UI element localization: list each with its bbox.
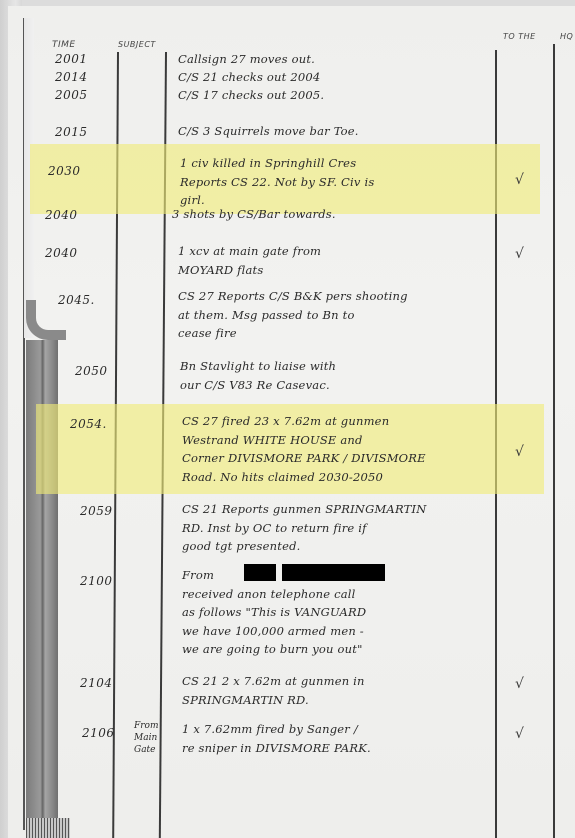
check-mark-icon: √ bbox=[515, 246, 524, 262]
entry-text-line: RD. Inst by OC to return fire if bbox=[182, 519, 367, 538]
entry-text-line: MOYARD flats bbox=[178, 261, 263, 280]
header-extra: HQ bbox=[560, 32, 573, 41]
entry-text-line: as follows "This is VANGUARD bbox=[182, 603, 366, 622]
entry-time: 2050 bbox=[75, 364, 108, 378]
entry-text-line: 3 shots by CS/Bar towards. bbox=[172, 205, 336, 224]
check-mark-icon: √ bbox=[515, 444, 524, 460]
entry-text-line: C/S 21 checks out 2004 bbox=[178, 68, 320, 87]
entry-text-line: Bn Stavlight to liaise with bbox=[180, 357, 336, 376]
entry-text-line: Westrand WHITE HOUSE and bbox=[182, 431, 363, 450]
header-time: TIME bbox=[52, 40, 76, 50]
entry-text-line: our C/S V83 Re Casevac. bbox=[180, 376, 330, 395]
entry-time: 2040 bbox=[45, 246, 78, 260]
entry-text-line: we are going to burn you out" bbox=[182, 640, 363, 659]
entry-text-line: at them. Msg passed to Bn to bbox=[178, 306, 355, 325]
entry-text-line: 1 xcv at main gate from bbox=[178, 242, 321, 261]
entry-time: 2100 bbox=[80, 574, 113, 588]
entry-text-line: re sniper in DIVISMORE PARK. bbox=[182, 739, 371, 758]
entry-time: 2005 bbox=[55, 88, 88, 102]
entry-text-line: CS 21 2 x 7.62m at gunmen in bbox=[182, 672, 365, 691]
entry-text-line: Reports CS 22. Not by SF. Civ is bbox=[180, 173, 374, 192]
check-mark-icon: √ bbox=[515, 726, 524, 742]
entry-text-line: good tgt presented. bbox=[182, 537, 301, 556]
entry-time: 2015 bbox=[55, 125, 88, 139]
entry-time: 2106 bbox=[82, 726, 115, 740]
entry-text-line: 1 civ killed in Springhill Cres bbox=[180, 154, 356, 173]
entry-text-line: CS 27 Reports C/S B&K pers shooting bbox=[178, 287, 408, 306]
entry-text-line: received anon telephone call bbox=[182, 585, 356, 604]
redaction-block bbox=[282, 564, 385, 581]
entry-subject: From bbox=[134, 720, 159, 732]
entry-time: 2030 bbox=[48, 164, 81, 178]
entry-text-line: we have 100,000 armed men - bbox=[182, 622, 364, 641]
header-to-the: TO THE bbox=[503, 32, 536, 41]
header-subject: SUBJECT bbox=[118, 40, 156, 49]
entry-text-line: Callsign 27 moves out. bbox=[178, 50, 315, 69]
entry-text-line: CS 27 fired 23 x 7.62m at gunmen bbox=[182, 412, 389, 431]
binding-teeth bbox=[26, 818, 70, 838]
entry-text-line: C/S 3 Squirrels move bar Toe. bbox=[178, 122, 359, 141]
entry-text-line: SPRINGMARTIN RD. bbox=[182, 691, 309, 710]
entry-text-line: 1 x 7.62mm fired by Sanger / bbox=[182, 720, 358, 739]
check-mark-icon: √ bbox=[515, 676, 524, 692]
entry-text-line: C/S 17 checks out 2005. bbox=[178, 86, 324, 105]
check-mark-icon: √ bbox=[515, 172, 524, 188]
entry-text-line: CS 21 Reports gunmen SPRINGMARTIN bbox=[182, 500, 426, 519]
entry-time: 2104 bbox=[80, 676, 113, 690]
entry-text-line: cease fire bbox=[178, 324, 237, 343]
entry-subject: Main bbox=[134, 732, 157, 744]
entry-time: 2045. bbox=[58, 293, 95, 307]
column-rule-check-right bbox=[553, 44, 555, 838]
redaction-block bbox=[244, 564, 276, 581]
entry-time: 2054. bbox=[70, 417, 107, 431]
entry-text-line: Road. No hits claimed 2030-2050 bbox=[182, 468, 383, 487]
entry-time: 2014 bbox=[55, 70, 88, 84]
entry-text-line: Corner DIVISMORE PARK / DIVISMORE bbox=[182, 449, 426, 468]
entry-subject: Gate bbox=[134, 744, 156, 756]
entry-time: 2040 bbox=[45, 208, 78, 222]
entry-time: 2001 bbox=[55, 52, 88, 66]
entry-time: 2059 bbox=[80, 504, 113, 518]
